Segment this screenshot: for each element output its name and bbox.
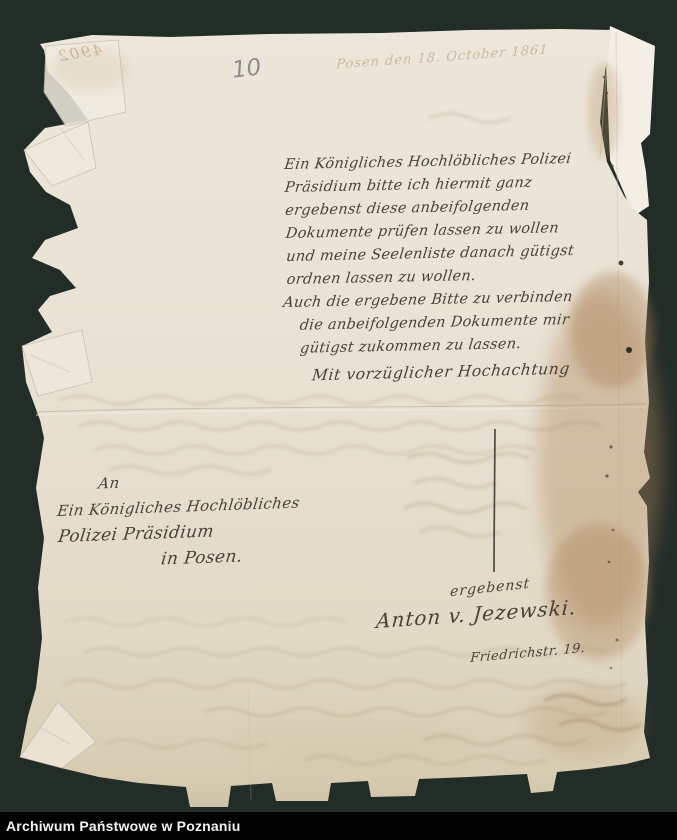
pencil-page-number: 10 xyxy=(231,54,263,83)
watermark-band: Archiwum Państwowe w Poznaniu xyxy=(0,812,677,840)
letter-body: Ein Königliches Hochlöbliches Polizei Pr… xyxy=(284,146,658,361)
scan-artwork xyxy=(0,0,677,840)
watermark-text: Archiwum Państwowe w Poznaniu xyxy=(0,818,241,834)
recipient-address: An Ein Königliches Hochlöbliches Polizei… xyxy=(56,464,302,576)
address-line: in Posen. xyxy=(160,541,304,572)
archive-document-scan: 10 4902 Posen den 18. October 1861 Ein K… xyxy=(0,0,677,840)
ink-divider-line xyxy=(494,429,495,572)
